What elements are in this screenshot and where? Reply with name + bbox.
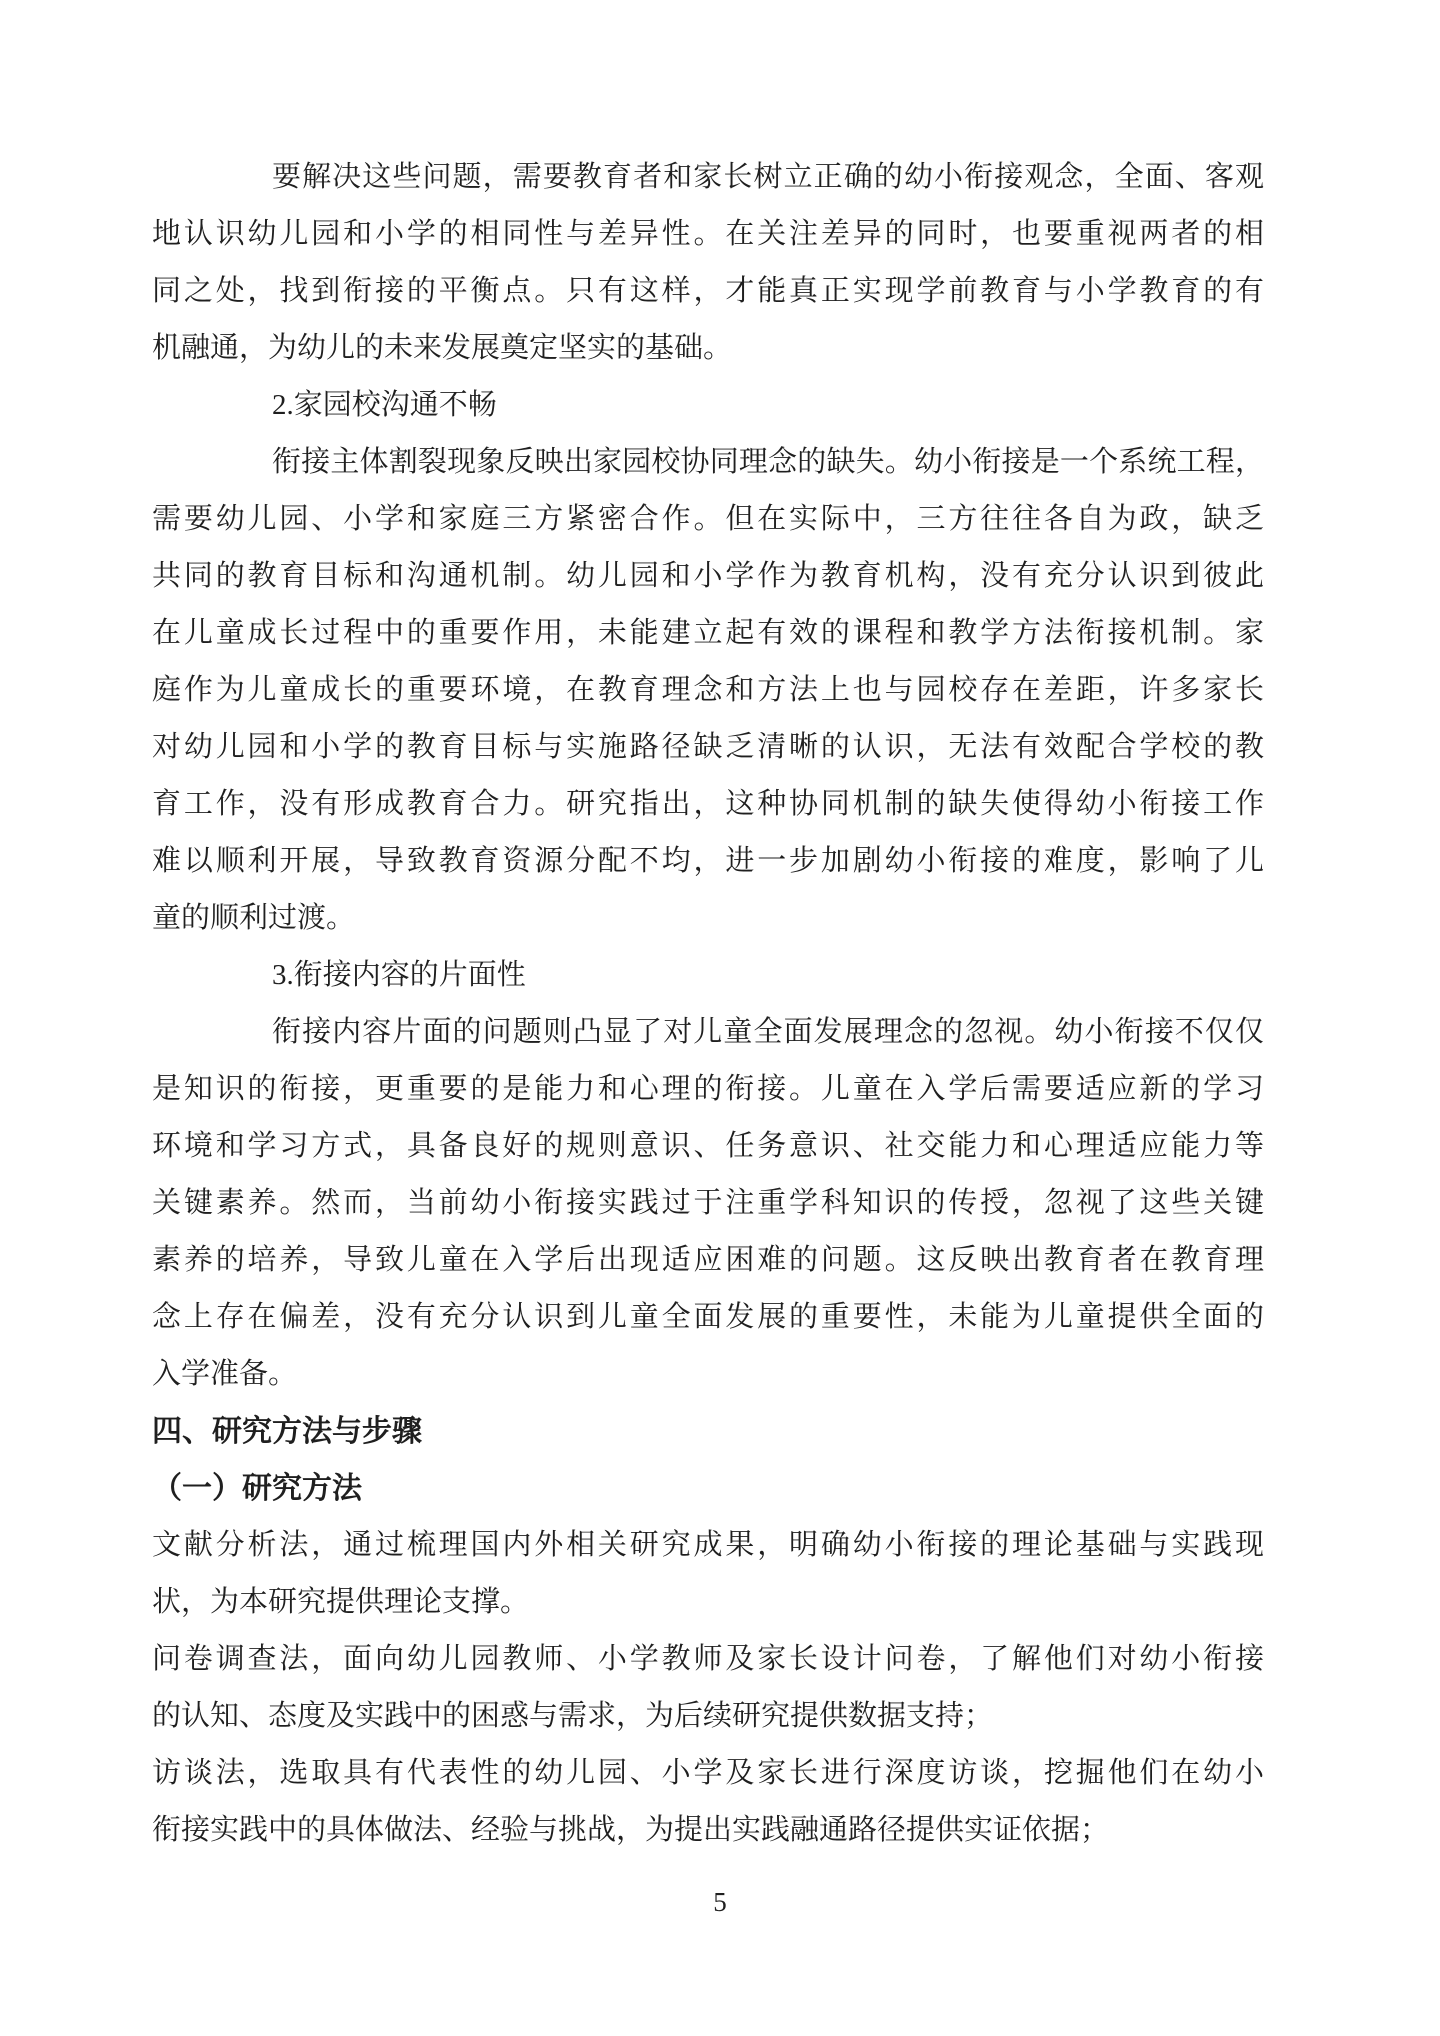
text-line: 庭作为儿童成长的重要环境，在教育理念和方法上也与园校存在差距，许多家长 bbox=[152, 662, 1264, 719]
text-line: 童的顺利过渡。 bbox=[152, 890, 1264, 947]
text-line: 访谈法，选取具有代表性的幼儿园、小学及家长进行深度访谈，挖掘他们在幼小 bbox=[152, 1745, 1264, 1802]
text-line: 3.衔接内容的片面性 bbox=[152, 947, 1264, 1004]
text-line: 地认识幼儿园和小学的相同性与差异性。在关注差异的同时，也要重视两者的相 bbox=[152, 206, 1264, 263]
text-line: 关键素养。然而，当前幼小衔接实践过于注重学科知识的传授，忽视了这些关键 bbox=[152, 1175, 1264, 1232]
text-line: 需要幼儿园、小学和家庭三方紧密合作。但在实际中，三方往往各自为政，缺乏 bbox=[152, 491, 1264, 548]
text-line: 同之处，找到衔接的平衡点。只有这样，才能真正实现学前教育与小学教育的有 bbox=[152, 263, 1264, 320]
text-line: 入学准备。 bbox=[152, 1346, 1264, 1403]
text-line: 素养的培养，导致儿童在入学后出现适应困难的问题。这反映出教育者在教育理 bbox=[152, 1232, 1264, 1289]
paragraph-transition-concept: 要解决这些问题，需要教育者和家长树立正确的幼小衔接观念，全面、客观地认识幼儿园和… bbox=[152, 149, 1264, 377]
section-heading-methods: 四、研究方法与步骤 bbox=[152, 1403, 1264, 1460]
text-line: 是知识的衔接，更重要的是能力和心理的衔接。儿童在入学后需要适应新的学习 bbox=[152, 1061, 1264, 1118]
paragraph-survey-method: 问卷调查法，面向幼儿园教师、小学教师及家长设计问卷，了解他们对幼小衔接的认知、态… bbox=[152, 1631, 1264, 1745]
page-number: 5 bbox=[713, 1887, 727, 1917]
text-line: 对幼儿园和小学的教育目标与实施路径缺乏清晰的认识，无法有效配合学校的教 bbox=[152, 719, 1264, 776]
text-line: 问卷调查法，面向幼儿园教师、小学教师及家长设计问卷，了解他们对幼小衔接 bbox=[152, 1631, 1264, 1688]
document-text-area: 要解决这些问题，需要教育者和家长树立正确的幼小衔接观念，全面、客观地认识幼儿园和… bbox=[152, 149, 1264, 1859]
paragraph-content-problem: 衔接内容片面的问题则凸显了对儿童全面发展理念的忽视。幼小衔接不仅仅是知识的衔接，… bbox=[152, 1004, 1264, 1403]
page-footer: 5 bbox=[0, 1886, 1440, 1918]
subsection-heading-research-methods: （一）研究方法 bbox=[152, 1460, 1264, 1517]
text-line: 环境和学习方式，具备良好的规则意识、任务意识、社交能力和心理适应能力等 bbox=[152, 1118, 1264, 1175]
text-line: 机融通，为幼儿的未来发展奠定坚实的基础。 bbox=[152, 320, 1264, 377]
text-line: 在儿童成长过程中的重要作用，未能建立起有效的课程和教学方法衔接机制。家 bbox=[152, 605, 1264, 662]
paragraph-interview-method: 访谈法，选取具有代表性的幼儿园、小学及家长进行深度访谈，挖掘他们在幼小衔接实践中… bbox=[152, 1745, 1264, 1859]
text-line: （一）研究方法 bbox=[152, 1460, 1264, 1517]
text-line: 2.家园校沟通不畅 bbox=[152, 377, 1264, 434]
subheading-2-communication: 2.家园校沟通不畅 bbox=[152, 377, 1264, 434]
text-line: 衔接实践中的具体做法、经验与挑战，为提出实践融通路径提供实证依据； bbox=[152, 1802, 1264, 1859]
text-line: 念上存在偏差，没有充分认识到儿童全面发展的重要性，未能为儿童提供全面的 bbox=[152, 1289, 1264, 1346]
document-page: 要解决这些问题，需要教育者和家长树立正确的幼小衔接观念，全面、客观地认识幼儿园和… bbox=[0, 0, 1440, 2036]
text-line: 共同的教育目标和沟通机制。幼儿园和小学作为教育机构，没有充分认识到彼此 bbox=[152, 548, 1264, 605]
paragraph-literature-method: 文献分析法，通过梳理国内外相关研究成果，明确幼小衔接的理论基础与实践现状，为本研… bbox=[152, 1517, 1264, 1631]
text-line: 文献分析法，通过梳理国内外相关研究成果，明确幼小衔接的理论基础与实践现 bbox=[152, 1517, 1264, 1574]
text-line: 衔接内容片面的问题则凸显了对儿童全面发展理念的忽视。幼小衔接不仅仅 bbox=[152, 1004, 1264, 1061]
text-line: 四、研究方法与步骤 bbox=[152, 1403, 1264, 1460]
text-line: 难以顺利开展，导致教育资源分配不均，进一步加剧幼小衔接的难度，影响了儿 bbox=[152, 833, 1264, 890]
text-line: 育工作，没有形成教育合力。研究指出，这种协同机制的缺失使得幼小衔接工作 bbox=[152, 776, 1264, 833]
text-line: 要解决这些问题，需要教育者和家长树立正确的幼小衔接观念，全面、客观 bbox=[152, 149, 1264, 206]
paragraph-communication-problem: 衔接主体割裂现象反映出家园校协同理念的缺失。幼小衔接是一个系统工程，需要幼儿园、… bbox=[152, 434, 1264, 947]
text-line: 的认知、态度及实践中的困惑与需求，为后续研究提供数据支持； bbox=[152, 1688, 1264, 1745]
text-line: 状，为本研究提供理论支撑。 bbox=[152, 1574, 1264, 1631]
subheading-3-content: 3.衔接内容的片面性 bbox=[152, 947, 1264, 1004]
text-line: 衔接主体割裂现象反映出家园校协同理念的缺失。幼小衔接是一个系统工程， bbox=[152, 434, 1264, 491]
